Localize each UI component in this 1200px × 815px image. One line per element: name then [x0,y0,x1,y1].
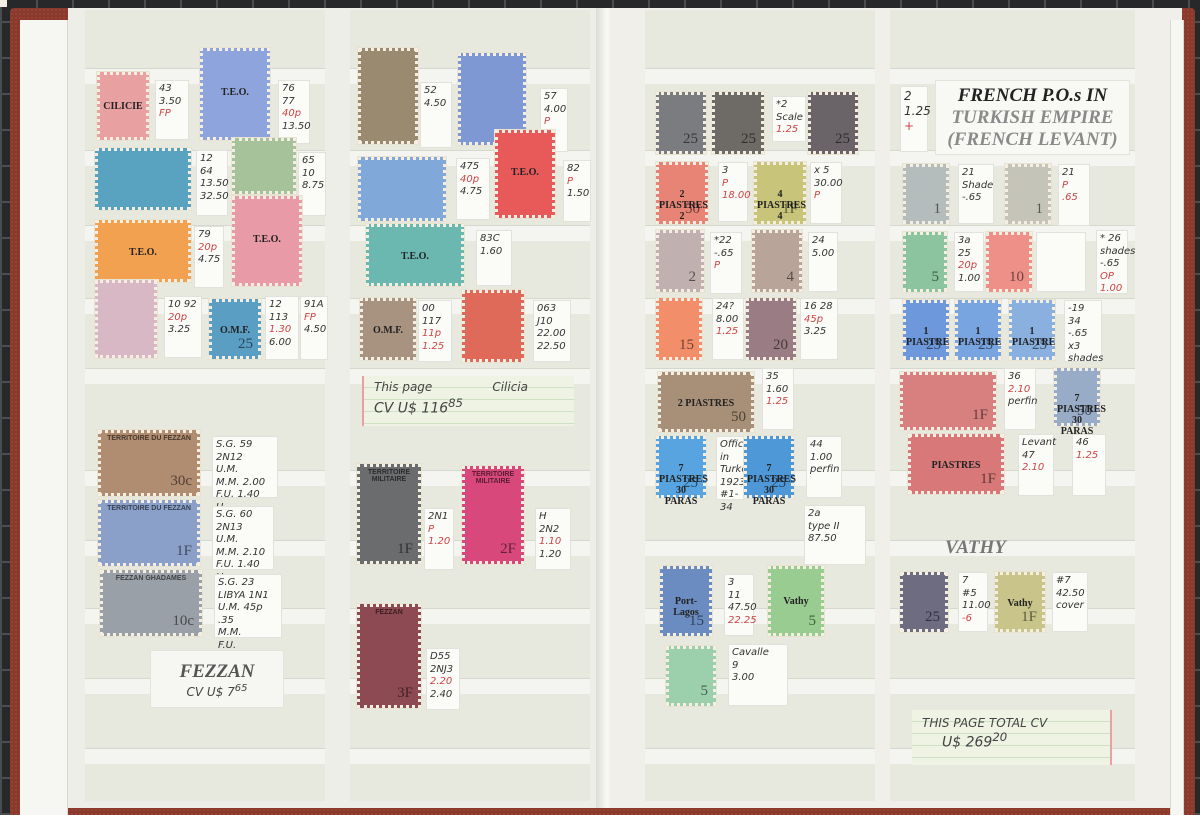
catalog-note: 65108.75 [298,152,326,216]
note-line: *22 [714,235,738,248]
note-line: 3a 25 [958,235,980,260]
stamp-value: 2F [500,541,516,558]
note-line: D55 [430,651,456,664]
stamp-overprint: PIASTRES [911,460,1001,471]
note-line: S.G. 23 [218,577,278,590]
catalog-note: 3 1147.5022.25 [724,574,754,636]
stamp-mosque-blue[interactable] [358,157,446,221]
note-line: 063 J10 [537,303,567,328]
catalog-note: 00 11711p1.25 [418,300,452,362]
stamp-title: TERRITOIRE DU FEZZAN [101,435,197,442]
note-line: 21 [1062,167,1086,180]
stamp-value: 50 [1077,403,1092,420]
stamp-blanc-2c[interactable]: 2 [656,230,704,292]
note-line: 22.25 [728,615,750,628]
page-edges-right [1170,20,1184,815]
note-line: S.G. 60 [216,509,270,522]
header-note: 21.25+ [900,86,928,152]
note-line: 4.50 [304,324,324,337]
note-line: 65 [302,155,322,168]
note-line: 1.25 [776,124,802,137]
stamp-overprint: Vathy [998,598,1042,609]
note-line: 3.25 [168,324,198,337]
stamp-value: 25 [683,475,698,492]
note-line: x 5 [814,165,838,178]
stamp-sage-50-2piastres[interactable]: 2 PIASTRES 250 [656,162,708,224]
note-line: 1.50 [567,188,587,201]
stamp-value: 1F [397,541,413,558]
note-line: 2NJ3 [430,664,456,677]
note-line: 2.40 [430,689,456,702]
note-line: LIBYA 1N1 [218,590,278,603]
note-line: 1.60 [766,384,790,397]
stamp-value: 1F [176,543,192,560]
note-line: 36 [1008,371,1032,384]
catalog-note: S.G. 23LIBYA 1N1U.M. 45p .35M.M.F.U.U. [214,574,282,638]
note-line: P [814,190,838,203]
catalog-note: S.G. 602N13U.M.M.M. 2.10F.U. 1.40U. [212,506,274,570]
note-line: 83C [480,233,508,246]
stamp-merson-1f-b[interactable]: PIASTRES1F [908,434,1004,494]
note-line: 1.25 [422,341,448,354]
stamp-mouchon-25-1piastre-b[interactable]: 1 PIASTRE25 [955,300,1001,360]
note-line: -.65 [1068,328,1098,341]
note-line: 1.10 [539,536,567,549]
catalog-note: 461.25 [1072,434,1106,496]
stamp-teo-blue[interactable]: T.E.O. [200,48,270,140]
note-line: 20p [958,260,980,273]
note-line: 87.50 [808,533,862,546]
note-line: 2a [808,508,862,521]
note-line: 76 77 [282,83,306,108]
note-line: 3 11 [728,577,750,602]
stamp-sower-30paras-a[interactable]: 7 PIASTRES 30 PARAS25 [656,436,706,498]
note-line: M.M. 2.10 [216,547,270,560]
note-line: 57 [544,91,564,104]
header-line1: FRENCH P.O.s IN [936,85,1129,107]
stamp-value: 1F [782,201,798,218]
note-line: 11.00 [962,600,984,613]
stamp-value: 5 [932,269,940,286]
note-line: H 2N2 [539,511,567,536]
stamp-teo-teal[interactable]: T.E.O. [366,224,464,286]
stamp-fezzan-militaire-2f[interactable]: TERRITOIRE MILITAIRE2F [462,466,524,564]
note-line: -.65 [1100,258,1124,271]
note-line: * 26 [1100,233,1124,246]
note-line: 4.75 [198,254,220,267]
stamp-vathy-25[interactable]: 25 [900,572,948,632]
catalog-note: 91AFP4.50 [300,296,328,360]
note-line: 1.00 [810,452,838,465]
stamp-value: 20 [773,337,788,354]
note-line: shades [1068,353,1098,366]
stamp-value: 4 [787,269,795,286]
note-line: 2.20 [430,676,456,689]
stamp-value: 10c [172,613,194,630]
stamp-omf-lilac[interactable]: O.M.F. [360,298,416,360]
note-line: FP [304,312,324,325]
stamp-mouchon-25-1piastre-c[interactable]: 1 PIASTRE25 [1009,300,1055,360]
stamp-value: 25 [926,337,941,354]
note-line: 3.00 [732,672,784,685]
catalog-note: 351.601.25 [762,368,794,430]
catalog-note: 2N1P 1.20 [424,508,454,570]
catalog-note: 83C1.60 [476,230,512,286]
glassine-strip [890,678,1135,694]
vathy-label: VATHY [945,537,1006,559]
catalog-note: * 26shades-.65OP 1.00 [1096,230,1128,294]
note-line: 40p [282,108,306,121]
stamp-value: 1F [1021,609,1037,626]
stamp-star-lilac[interactable] [95,280,157,358]
catalog-note: 82P1.50 [563,160,591,222]
stamp-teo-orange[interactable]: T.E.O. [95,220,191,282]
cilicia-note-region: Cilicia [492,380,528,394]
stamp-sage-5-vathy[interactable]: Vathy5 [768,566,824,636]
note-line: 1.00 [958,273,980,286]
stamp-sage-25-a[interactable]: 25 [656,92,706,154]
stamp-sower-30paras-grey[interactable]: 7 PIASTRES 30 PARAS50 [1054,368,1100,426]
stamp-value: 2 [689,269,697,286]
stamp-blanc-5c[interactable]: 5 [903,232,947,292]
note-line: P [714,260,738,273]
catalog-note: 16 2845p3.25 [800,298,838,360]
stamp-kilikia-teal[interactable] [95,148,191,210]
note-line: -.65 [714,248,738,261]
stamp-tower-brown[interactable] [358,48,418,144]
fezzan-cents: 65 [235,683,248,694]
french-levant-header: FRENCH P.O.s IN TURKISH EMPIRE (FRENCH L… [935,80,1130,155]
note-line: 47 [1022,450,1050,463]
catalog-note: 3a 2520p1.00 [954,232,984,292]
note-line: *2 [776,99,802,112]
stamp-value: 5 [809,613,817,630]
stamp-fezzan-30c[interactable]: TERRITOIRE DU FEZZAN30c [98,430,200,496]
note-line: U.M. [216,534,270,547]
stamp-title: TERRITOIRE MILITAIRE [360,469,418,483]
catalog-note [1036,232,1086,292]
catalog-note: -19 34-.65x3shades [1064,300,1102,362]
note-line: 9 [732,660,784,673]
catalog-note: Levant472.10 [1018,434,1054,496]
stamp-sower-30paras-b[interactable]: 7 PIASTRES 30 PARAS25 [744,436,794,498]
catalog-note: 245.00 [808,232,838,292]
stamp-overprint: T.E.O. [203,87,267,98]
note-line: 52 [424,85,448,98]
note-line: 42.50 [1056,588,1084,601]
stamp-value: 1F [972,407,988,424]
note-line: -6 [962,613,984,626]
note-line: 30.00 [814,178,838,191]
note-line: 10 92 [168,299,198,312]
note-line: -19 34 [1068,303,1098,328]
note-line: FP [159,108,185,121]
note-line: 1.30 [269,324,295,337]
stamp-overprint: T.E.O. [498,167,552,178]
catalog-note: x 530.00P [810,162,842,224]
note-line: 4.75 [460,186,486,199]
note-line: Scale [776,112,802,125]
stamp-value: 25 [925,609,940,626]
stamp-merson-1f-a[interactable]: 1F [900,372,996,430]
page-total-cents: 20 [992,730,1007,744]
stamp-value: 25 [835,131,850,148]
catalog-note: *2Scale1.25 [772,96,806,142]
note-line: 2N12 [216,452,274,465]
note-line: #7 [1056,575,1084,588]
stamp-value: 15 [679,337,694,354]
stamp-value: 1 [934,201,942,218]
stamp-value: 25 [683,131,698,148]
stamp-vathy-1f[interactable]: Vathy1F [995,572,1045,632]
catalog-note: OfficesinTurkey1923#1-34 [716,436,744,500]
stamp-sage-15-portlagos[interactable]: Port-Lagos15 [660,566,712,636]
note-line: 43 [159,83,185,96]
note-line: type II [808,521,862,534]
note-line: 40p [460,174,486,187]
stamp-sage-25-b[interactable]: 25 [712,92,764,154]
note-line: -.65 [962,192,990,205]
stamp-value: 5 [701,683,709,700]
stamp-overprint: T.E.O. [98,247,188,258]
note-line: 1.25 [766,396,790,409]
note-line: perfin [810,464,838,477]
fezzan-title: FEZZAN [151,661,283,683]
stamp-red-ornate[interactable] [462,290,524,362]
note-line: 24? [716,301,740,314]
note-line: 22.00 [537,328,567,341]
stamp-oml-sower-blue[interactable]: O.M.F.25 [209,299,261,359]
glassine-strip [645,748,875,764]
page-total-line1: THIS PAGE TOTAL CV [922,716,1100,730]
stamp-value: 10 [1009,269,1024,286]
stamp-value: 15 [689,613,704,630]
note-line: Cavalle [732,647,784,660]
page-total-value: U$ 269 [942,735,992,751]
catalog-note: 12 1131.306.00 [265,296,299,360]
stamp-blanc-5c-cavalle[interactable]: 5 [666,646,716,706]
note-line: 45p [804,314,834,327]
note-line: 1923 [720,477,740,490]
note-line: 3.25 [804,326,834,339]
note-line: 32.50 [200,191,224,204]
fezzan-value: CV U$ 7 [186,685,234,699]
stamp-overprint: 2 PIASTRES [661,398,751,409]
note-line: 21 [962,167,990,180]
stamp-mouchon-20[interactable]: 20 [746,298,796,360]
page-edges-left [20,20,68,815]
catalog-note: 7 #511.00-6 [958,572,988,632]
stamp-value: 50 [685,201,700,218]
note-line: 2.10 [1008,384,1032,397]
stamp-title: FEZZAN [360,609,418,616]
note-line: 1.25 [1076,450,1102,463]
note-line: F.U. 1.40 [216,489,274,502]
catalog-note: S.G. 592N12U.M.M.M. 2.00F.U. 1.40U. [212,436,278,498]
note-line: M.M. [218,627,278,640]
stamp-title: FEZZAN GHADAMES [103,575,199,582]
glassine-strip [85,748,325,764]
catalog-note: 21P .65 [1058,164,1090,226]
catalog-note: 24?8.001.25 [712,298,744,360]
stamp-value: 25 [978,337,993,354]
note-line: 4.00 [544,104,564,117]
fezzan-label: FEZZAN CV U$ 765 [150,650,284,708]
cilicia-note-line1: This page [374,380,432,394]
stamp-blanc-4c[interactable]: 4 [752,230,802,292]
stamp-blanc-1c-b[interactable]: 1 [1005,164,1051,224]
catalog-note: D552NJ32.202.40 [426,648,460,710]
stamp-star-green[interactable] [232,138,296,194]
page-total-note: THIS PAGE TOTAL CV U$ 26920 [912,710,1112,765]
note-line: perfin [1008,396,1032,409]
stamp-merson-50-2piastres[interactable]: 2 PIASTRES50 [658,372,754,432]
catalog-note: Cavalle93.00 [728,644,788,706]
header-line2: TURKISH EMPIRE [936,107,1129,129]
note-line: Offices [720,439,740,452]
note-line: in [720,452,740,465]
stamp-value: 25 [771,475,786,492]
stamp-mouchon-10-b[interactable]: 10 [0,0,6,6]
note-line: U.M. [216,464,274,477]
stamp-fezzan-3f[interactable]: FEZZAN3F [357,604,421,708]
header-line3: (FRENCH LEVANT) [936,129,1129,151]
stamp-mouchon-25-1piastre-a[interactable]: 1 PIASTRE25 [903,300,949,360]
note-line: P 1.20 [428,524,450,549]
note-line: Levant [1022,437,1050,450]
stamp-title: TERRITOIRE MILITAIRE [465,471,521,485]
catalog-note: 524.50 [420,82,452,148]
note-line: 3 [722,165,744,178]
note-line: M.M. 2.00 [216,477,274,490]
note-line: 6.00 [269,337,295,350]
note-line: Shade [962,180,990,193]
note-line: 2.10 [1022,462,1050,475]
stamp-value: 3F [397,685,413,702]
note-line: 4.50 [424,98,448,111]
note-line: F.U. 1.40 [216,559,270,572]
stamp-mouchon-15[interactable]: 15 [656,298,702,360]
note-line: 16 28 [804,301,834,314]
note-line: P [567,176,587,189]
note-line: 1.25 [716,326,740,339]
stamp-overprint: O.M.F. [363,325,413,336]
cilicia-total-note: This pageCilicia CV U$ 11685 [362,376,574,426]
stamp-overprint: T.E.O. [235,234,299,245]
note-line: 00 117 [422,303,448,328]
stamp-overprint: T.E.O. [369,251,461,262]
note-line: 91A [304,299,324,312]
stamp-teo-pink[interactable]: T.E.O. [232,196,302,286]
catalog-note: 12 6413.5032.50 [196,150,228,216]
note-line: 8.75 [302,180,322,193]
catalog-note: 47540p4.75 [456,158,490,220]
note-line: 7 #5 [962,575,984,600]
note-line: 22.50 [537,341,567,354]
note-line: 79 [198,229,220,242]
stamp-fezzan-1f[interactable]: TERRITOIRE DU FEZZAN1F [98,500,200,566]
stamp-blanc-1c-a[interactable]: 1 [903,164,949,224]
note-line: 12 64 [200,153,224,178]
stamp-sage-1f-4piastres[interactable]: 4 PIASTRES 41F [754,162,806,224]
note-line: 10 [302,168,322,181]
note-line: 46 [1076,437,1102,450]
note-line: 5.00 [812,248,834,261]
note-line: 3.50 [159,96,185,109]
note-line: 1.60 [480,246,508,259]
stamp-value: 25 [741,131,756,148]
note-line: 2N1 [428,511,450,524]
catalog-note: *22-.65P [710,232,742,294]
catalog-note: 3P 18.00 [718,162,748,222]
stamp-teo-red[interactable]: T.E.O. [495,130,555,218]
note-line: cover [1056,600,1084,613]
note-line: P .65 [1062,180,1086,205]
note-line: 13.50 [200,178,224,191]
note-line: x3 [1068,341,1098,354]
stamp-sage-25-c[interactable]: 25 [808,92,858,154]
catalog-note: 7920p4.75 [194,226,224,288]
note-line: 44 [810,439,838,452]
note-line: 11p [422,328,448,341]
catalog-note: 10 9220p3.25 [164,296,202,358]
glassine-strip [645,68,875,84]
catalog-note: H 2N21.101.20 [535,508,571,570]
catalog-note: 362.10perfin [1004,368,1036,430]
catalog-note: 2atype II87.50 [804,505,866,565]
stamp-value: 1 [1036,201,1044,218]
catalog-note: #742.50cover [1052,572,1088,632]
note-line: U.M. 45p .35 [218,602,278,627]
note-line: Turkey [720,464,740,477]
stamp-title: TERRITOIRE DU FEZZAN [101,505,197,512]
stamp-overprint: CILICIE [100,101,146,112]
catalog-note: 21Shade-.65 [958,164,994,224]
note-line: 13.50 [282,121,306,134]
stamp-value: 25 [238,336,253,353]
cilicia-note-cents: 85 [448,396,463,410]
stamp-overprint: Vathy [771,596,821,607]
note-line: 12 113 [269,299,295,324]
note-line: shades [1100,246,1124,259]
catalog-note: 063 J1022.0022.50 [533,300,571,362]
note-line: S.G. 59 [216,439,274,452]
catalog-note: 76 7740p13.50 [278,80,310,144]
note-line: 47.50 [728,602,750,615]
catalog-note: 441.00perfin [806,436,842,498]
note-line: 8.00 [716,314,740,327]
note-line: 1.20 [539,549,567,562]
note-line: P 18.00 [722,178,744,203]
glassine-strip [85,368,325,384]
stamp-value: 25 [1032,337,1047,354]
note-line: 24 [812,235,834,248]
note-line: 35 [766,371,790,384]
stamp-value: 1F [980,471,996,488]
stamp-cilicie-star-red[interactable]: CILICIE [97,72,149,140]
stamp-mouchon-10-a[interactable]: 10 [986,232,1032,292]
cilicia-note-value: CV U$ 116 [374,401,448,417]
glassine-strip [890,540,1135,556]
note-line: #1-34 [720,489,740,514]
glassine-strip [350,748,590,764]
stamp-value: 30c [170,473,192,490]
note-line: P [544,116,564,129]
stamp-overprint: O.M.F. [212,325,258,336]
stamp-fezzan-ghadames-10c[interactable]: FEZZAN GHADAMES10c [100,570,202,636]
note-line: OP 1.00 [1100,271,1124,296]
stamp-fezzan-militaire-1f[interactable]: TERRITOIRE MILITAIRE1F [357,464,421,564]
